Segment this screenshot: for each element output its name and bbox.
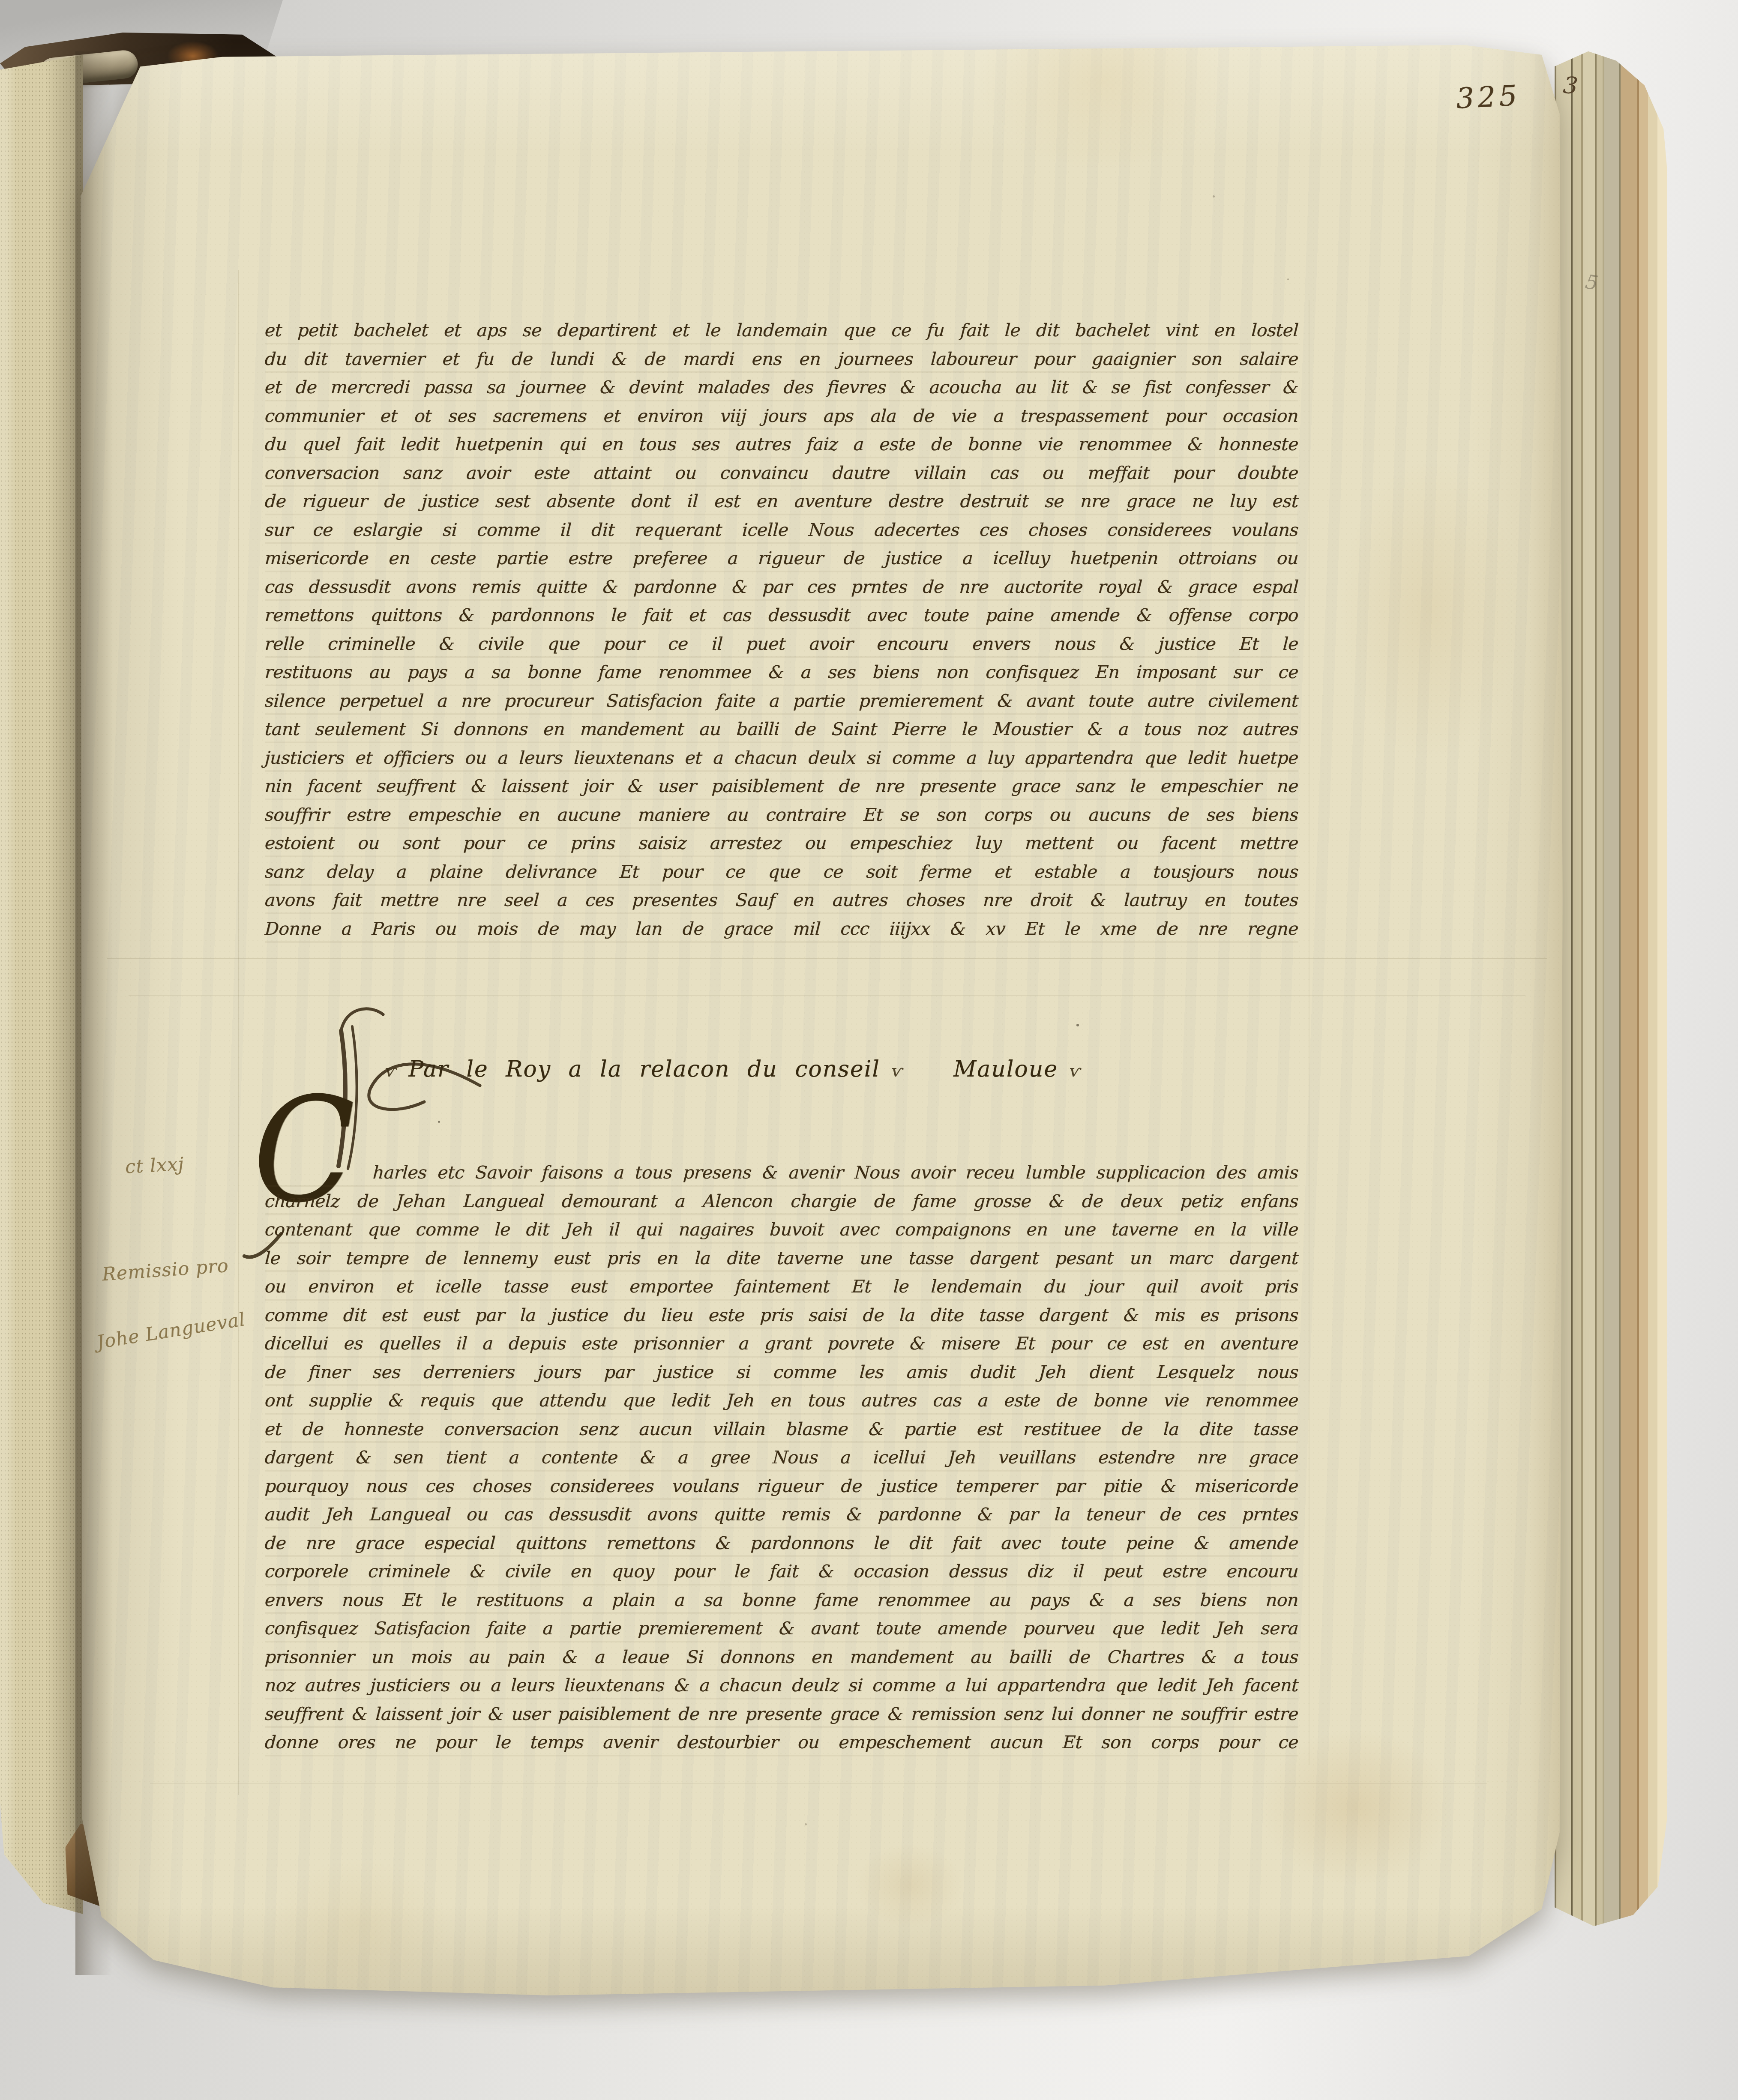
manuscript-line: le soir tempre de lennemy eust pris en l… — [264, 1244, 1299, 1273]
manuscript-line: et petit bachelet et aps se departirent … — [264, 316, 1299, 345]
manuscript-line: pourquoy nous ces choses considerees vou… — [264, 1472, 1299, 1501]
manuscript-photo: { "document": { "type": "medieval manusc… — [0, 0, 1738, 2100]
manuscript-line: restituons au pays a sa bonne fame renom… — [264, 658, 1299, 687]
crease-line — [150, 1783, 1487, 1784]
margin-note-reference: ct lxxj — [125, 1153, 185, 1178]
manuscript-line: misericorde en ceste partie estre prefer… — [264, 544, 1299, 573]
manuscript-line: de nre grace especial quittons remettons… — [264, 1529, 1299, 1558]
manuscript-line: prisonnier un mois au pain & a leaue Si … — [264, 1643, 1299, 1672]
manuscript-line: remettons quittons & pardonnons le fait … — [264, 601, 1299, 630]
manuscript-line: charnelz de Jehan Langueal demourant a A… — [264, 1187, 1299, 1216]
heading-flourish-mark: ѵ — [1058, 1061, 1093, 1081]
manuscript-line: ont supplie & requis que attendu que led… — [264, 1386, 1299, 1415]
manuscript-line: conversacion sanz avoir este attaint ou … — [264, 459, 1299, 488]
manuscript-line: souffrir estre empeschie en aucune manie… — [264, 801, 1299, 829]
manuscript-line: Donne a Paris ou mois de may lan de grac… — [264, 915, 1299, 943]
manuscript-line: tant seulement Si donnons en mandement a… — [264, 715, 1299, 744]
manuscript-line: comme dit est eust par la justice du lie… — [264, 1301, 1299, 1330]
manuscript-line: nin facent seuffrent & laissent joir & u… — [264, 772, 1299, 801]
remission-entry-1-text: et petit bachelet et aps se departirent … — [265, 316, 1298, 943]
manuscript-line: harles etc Savoir faisons a tous presens… — [264, 1158, 1299, 1187]
manuscript-line: noz autres justiciers ou a leurs lieuxte… — [264, 1671, 1299, 1700]
manuscript-line: donne ores ne pour le temps avenir desto… — [264, 1728, 1299, 1757]
manuscript-line: cas dessusdit avons remis quitte & pardo… — [264, 573, 1299, 601]
crease-line — [107, 958, 1547, 959]
manuscript-line: corporele criminele & civile en quoy pou… — [264, 1557, 1299, 1586]
manuscript-line: silence perpetuel a nre procureur Satisf… — [264, 687, 1299, 715]
manuscript-line: estoient ou sont pour ce prins saisiz ar… — [264, 829, 1299, 858]
manuscript-line: du dit tavernier et fu de lundi & de mar… — [264, 345, 1299, 374]
clerk-signature: Mauloue — [915, 1056, 1058, 1082]
manuscript-line: dicellui es quelles il a depuis este pri… — [264, 1329, 1299, 1358]
manuscript-line: et de honneste conversacion senz aucun v… — [264, 1415, 1299, 1444]
manuscript-line: sanz delay a plaine delivrance Et pour c… — [264, 858, 1299, 886]
manuscript-line: contenant que comme le dit Jeh il qui na… — [264, 1215, 1299, 1244]
ink-speck — [1287, 278, 1289, 280]
manuscript-line: de finer ses derreniers jours par justic… — [264, 1358, 1299, 1387]
ink-speck — [1076, 1024, 1079, 1026]
manuscript-line: audit Jeh Langueal ou cas dessusdit avon… — [264, 1500, 1299, 1529]
manuscript-line: sur ce eslargie si comme il dit requeran… — [264, 516, 1299, 544]
ink-speck — [805, 1823, 807, 1825]
remission-entry-2-text: harles etc Savoir faisons a tous presens… — [265, 1158, 1298, 1757]
manuscript-line: ou environ et icelle tasse eust emportee… — [264, 1272, 1299, 1301]
manuscript-line: et de mercredi passa sa journee & devint… — [264, 373, 1299, 402]
gutter-shadow — [75, 51, 112, 1975]
ink-speck — [438, 1121, 440, 1123]
manuscript-line: communier et ot ses sacremens et environ… — [264, 402, 1299, 431]
manuscript-line: envers nous Et le restituons a plain a s… — [264, 1586, 1299, 1615]
manuscript-line: dargent & sen tient a contente & a gree … — [264, 1443, 1299, 1472]
heading-flourish-mark: ѵ — [880, 1061, 915, 1081]
margin-ruling-line — [238, 270, 239, 1795]
folio-number: 325 — [1455, 79, 1521, 115]
margin-ruling-line-right — [1309, 300, 1309, 1765]
manuscript-line: de rigueur de justice sest absente dont … — [264, 487, 1299, 516]
ink-speck — [1213, 195, 1215, 197]
manuscript-line: avons fait mettre nre seel a ces present… — [264, 886, 1299, 915]
manuscript-line: confisquez Satisfacion faite a partie pr… — [264, 1614, 1299, 1643]
manuscript-line: justiciers et officiers ou a leurs lieux… — [264, 744, 1299, 772]
manuscript-line: relle criminelle & civile que pour ce il… — [264, 630, 1299, 658]
manuscript-line: seuffrent & laissent joir & user paisibl… — [264, 1700, 1299, 1729]
manuscript-line: du quel fait ledit huetpenin qui en tous… — [264, 430, 1299, 459]
